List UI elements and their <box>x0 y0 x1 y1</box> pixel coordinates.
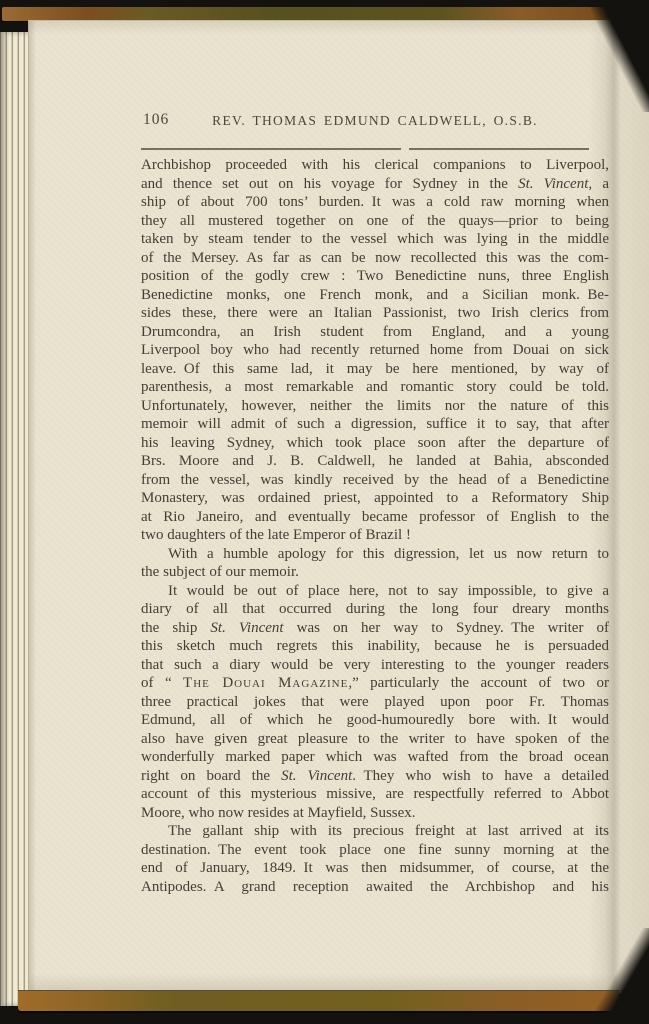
text-run: three practical jokes that were played u… <box>141 694 609 710</box>
text-run: they all mustered together on one of the… <box>141 213 609 229</box>
text-run: Moore, who now resides at Mayfield, Suss… <box>141 805 416 821</box>
text-line: memoir will admit of such a digression, … <box>141 415 609 434</box>
text-run: memoir will admit of such a digression, … <box>141 416 609 432</box>
text-line: Brs. Moore and J. B. Caldwell, he landed… <box>141 452 609 471</box>
text-run: Archbishop proceeded with his clerical c… <box>141 157 609 173</box>
text-run: Benedictine monks, one French monk, and … <box>141 287 609 303</box>
text-line: that such a diary would be very interest… <box>141 656 609 675</box>
text-run: . They who wish to have a detailed <box>352 768 609 784</box>
text-run: that such a diary would be very interest… <box>141 657 609 673</box>
text-line: Unfortunately, however, neither the limi… <box>141 397 609 416</box>
text-line: It would be out of place here, not to sa… <box>141 582 609 601</box>
text-run: end of January, 1849. It was then midsum… <box>141 860 609 876</box>
text-run: Brs. Moore and J. B. Caldwell, he landed… <box>141 453 609 469</box>
text-run: at Rio Janeiro, and eventually became pr… <box>141 509 609 525</box>
text-run: It would be out of place here, not to sa… <box>168 583 609 599</box>
text-run: right on board the <box>141 768 281 784</box>
text-run: St. Vincent <box>281 768 352 784</box>
text-line: destination. The event took place one fi… <box>141 841 609 860</box>
text-run: this sketch much regrets this inability,… <box>141 638 609 654</box>
text-run: The Douai Magazine <box>183 675 348 691</box>
text-line: Liverpool boy who had recently returned … <box>141 341 609 360</box>
text-run: was on her way to Sydney. The writer of <box>284 620 609 636</box>
text-line: taken by steam tender to the vessel whic… <box>141 230 609 249</box>
text-run: Unfortunately, however, neither the limi… <box>141 398 609 414</box>
text-line: leave. Of this same lad, it may be here … <box>141 360 609 379</box>
text-run: of the Mersey. As far as can be now reco… <box>141 250 609 266</box>
text-run: St. Vincent <box>518 176 588 192</box>
text-line: Antipodes. A grand reception awaited the… <box>141 878 609 897</box>
text-line: Drumcondra, an Irish student from Englan… <box>141 323 609 342</box>
text-run: leave. Of this same lad, it may be here … <box>141 361 609 377</box>
text-run: With a humble apology for this digressio… <box>168 546 609 562</box>
background-corner-bottom-right <box>593 928 649 1024</box>
text-run: ,” particularly the account of two or <box>348 675 609 691</box>
text-line: sides these, there were an Italian Passi… <box>141 304 609 323</box>
paragraph: It would be out of place here, not to sa… <box>141 582 609 823</box>
text-line: right on board the St. Vincent. They who… <box>141 767 609 786</box>
text-run: wonderfully marked paper which was wafte… <box>141 749 609 765</box>
text-line: The gallant ship with its precious freig… <box>141 822 609 841</box>
text-line: position of the godly crew : Two Benedic… <box>141 267 609 286</box>
text-line: they all mustered together on one of the… <box>141 212 609 231</box>
text-run: parenthesis, a most remarkable and roman… <box>141 379 609 395</box>
text-run: ship of about 700 tons’ burden. It was a… <box>141 194 609 210</box>
text-line: his leaving Sydney, which took place soo… <box>141 434 609 453</box>
text-run: from the vessel, was kindly received by … <box>141 472 609 488</box>
text-run: sides these, there were an Italian Passi… <box>141 305 609 321</box>
text-line: diary of all that occurred during the lo… <box>141 600 609 619</box>
book-cover-top-edge <box>2 7 611 21</box>
paragraph: Archbishop proceeded with his clerical c… <box>141 156 609 545</box>
text-line: Benedictine monks, one French monk, and … <box>141 286 609 305</box>
text-line: With a humble apology for this digressio… <box>141 545 609 564</box>
header-rule-right-segment <box>409 148 589 150</box>
text-run: Drumcondra, an Irish student from Englan… <box>141 324 609 340</box>
text-line: Edmund, all of which he good-humouredly … <box>141 711 609 730</box>
text-line: three practical jokes that were played u… <box>141 693 609 712</box>
paragraph: With a humble apology for this digressio… <box>141 545 609 582</box>
text-run: , a <box>588 176 609 192</box>
text-line: from the vessel, was kindly received by … <box>141 471 609 490</box>
text-run: the ship <box>141 620 210 636</box>
text-run: Monastery, was ordained priest, appointe… <box>141 490 609 506</box>
text-run: of “ <box>141 675 183 691</box>
text-run: St. Vincent <box>210 620 283 636</box>
background-corner-top-right <box>591 0 649 112</box>
text-line: of the Mersey. As far as can be now reco… <box>141 249 609 268</box>
text-line: the ship St. Vincent was on her way to S… <box>141 619 609 638</box>
book-page: 106 REV. THOMAS EDMUND CALDWELL, O.S.B. … <box>28 20 649 994</box>
text-line: two daughters of the late Emperor of Bra… <box>141 526 609 545</box>
text-line: and thence set out on his voyage for Syd… <box>141 175 609 194</box>
page-header: 106 REV. THOMAS EDMUND CALDWELL, O.S.B. <box>141 111 609 133</box>
running-title: REV. THOMAS EDMUND CALDWELL, O.S.B. <box>141 113 609 129</box>
text-run: taken by steam tender to the vessel whic… <box>141 231 609 247</box>
text-run: diary of all that occurred during the lo… <box>141 601 609 617</box>
text-line: parenthesis, a most remarkable and roman… <box>141 378 609 397</box>
text-line: this sketch much regrets this inability,… <box>141 637 609 656</box>
book-cover-bottom-edge <box>18 990 619 1011</box>
text-line: at Rio Janeiro, and eventually became pr… <box>141 508 609 527</box>
text-line: of “ The Douai Magazine,” particularly t… <box>141 674 609 693</box>
text-line: Archbishop proceeded with his clerical c… <box>141 156 609 175</box>
text-run: also have given great pleasure to the wr… <box>141 731 609 747</box>
text-run: two daughters of the late Emperor of Bra… <box>141 527 411 543</box>
text-run: Liverpool boy who had recently returned … <box>141 342 609 358</box>
text-run: the subject of our memoir. <box>141 564 299 580</box>
text-run: account of this mysterious missive, are … <box>141 786 609 802</box>
text-run: his leaving Sydney, which took place soo… <box>141 435 609 451</box>
book-page-stack-left <box>0 32 30 1006</box>
text-run: Edmund, all of which he good-humouredly … <box>141 712 609 728</box>
text-run: The gallant ship with its precious freig… <box>168 823 609 839</box>
text-run: position of the godly crew : Two Benedic… <box>141 268 609 284</box>
text-run: and thence set out on his voyage for Syd… <box>141 176 518 192</box>
text-line: Monastery, was ordained priest, appointe… <box>141 489 609 508</box>
text-line: account of this mysterious missive, are … <box>141 785 609 804</box>
page-text: Archbishop proceeded with his clerical c… <box>141 156 609 896</box>
book-photo: 106 REV. THOMAS EDMUND CALDWELL, O.S.B. … <box>0 0 649 1024</box>
paragraph: The gallant ship with its precious freig… <box>141 822 609 896</box>
header-rule-left-segment <box>141 148 401 150</box>
text-line: wonderfully marked paper which was wafte… <box>141 748 609 767</box>
header-rule <box>141 148 609 150</box>
text-line: also have given great pleasure to the wr… <box>141 730 609 749</box>
text-line: ship of about 700 tons’ burden. It was a… <box>141 193 609 212</box>
text-run: destination. The event took place one fi… <box>141 842 609 858</box>
text-line: the subject of our memoir. <box>141 563 609 582</box>
text-line: Moore, who now resides at Mayfield, Suss… <box>141 804 609 823</box>
text-line: end of January, 1849. It was then midsum… <box>141 859 609 878</box>
text-run: Antipodes. A grand reception awaited the… <box>141 879 609 895</box>
